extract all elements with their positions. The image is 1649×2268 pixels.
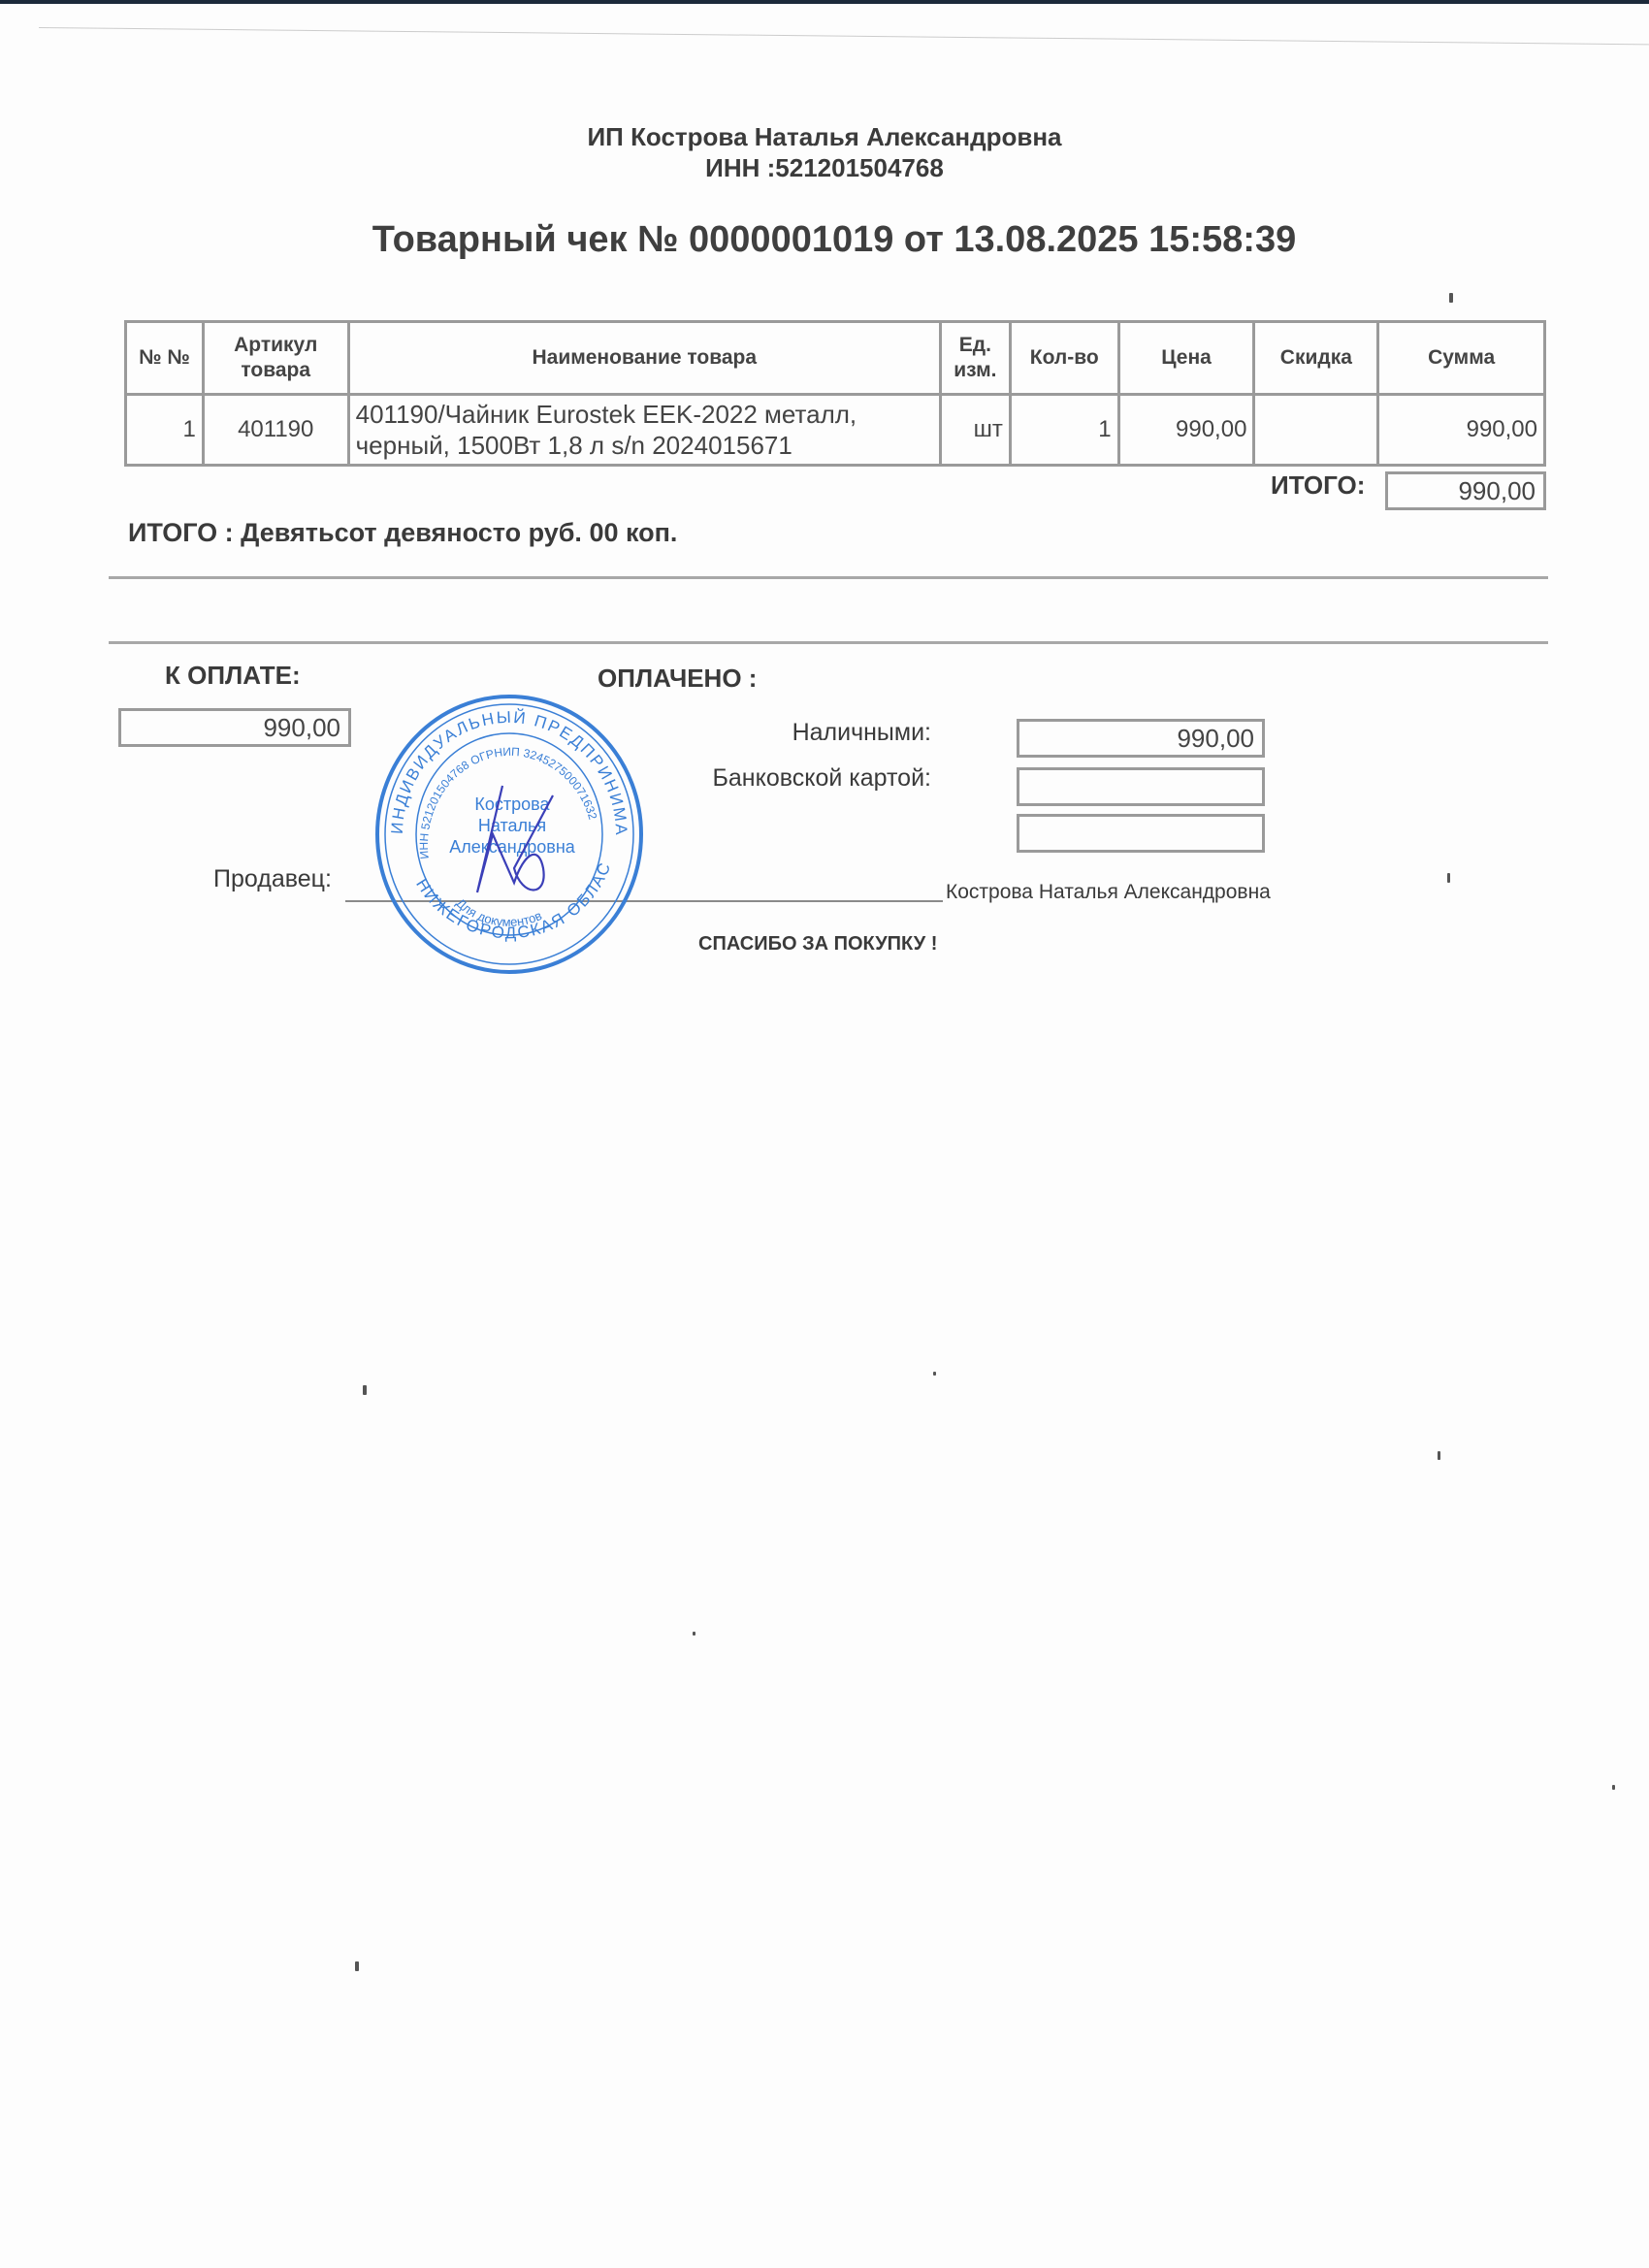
cell-discount <box>1254 395 1378 466</box>
col-header-sum: Сумма <box>1378 322 1545 395</box>
scan-speck <box>1449 293 1453 303</box>
scan-speck <box>1612 1785 1615 1790</box>
paper-edge <box>39 27 1649 45</box>
thanks-message: СПАСИБО ЗА ПОКУПКУ ! <box>698 933 937 956</box>
col-header-article: Артикул товара <box>203 322 348 395</box>
table-header-row: № № Артикул товара Наименование товара Е… <box>126 322 1545 395</box>
items-table: № № Артикул товара Наименование товара Е… <box>124 320 1546 467</box>
scan-speck <box>363 1385 367 1395</box>
col-header-discount: Скидка <box>1254 322 1378 395</box>
seal-stamp-icon: ИНДИВИДУАЛЬНЫЙ ПРЕДПРИНИМАТЕЛЬ НИЖЕГОРОД… <box>369 689 650 980</box>
cell-unit: шт <box>940 395 1010 466</box>
scan-speck <box>933 1372 936 1376</box>
table-row: 1 401190 401190/Чайник Eurostek EEK-2022… <box>126 395 1545 466</box>
divider-line <box>109 576 1548 579</box>
receipt-title: Товарный чек № 0000001019 от 13.08.2025 … <box>0 219 1649 261</box>
total-value: 990,00 <box>1385 471 1546 510</box>
scan-top-edge <box>0 0 1649 4</box>
cell-num: 1 <box>126 395 204 466</box>
seller-name: ИП Кострова Наталья Александровна <box>0 122 1649 152</box>
scan-speck <box>355 1961 359 1971</box>
total-label: ИТОГО: <box>1271 470 1365 501</box>
cell-sum: 990,00 <box>1378 395 1545 466</box>
seller-inn: ИНН :521201504768 <box>0 153 1649 183</box>
stamp-center-line1: Кострова <box>474 794 550 814</box>
divider-line <box>109 641 1548 644</box>
seller-label: Продавец: <box>213 865 332 893</box>
cell-article: 401190 <box>203 395 348 466</box>
extra-payment-value <box>1017 814 1265 853</box>
col-header-price: Цена <box>1118 322 1254 395</box>
cash-value: 990,00 <box>1017 719 1265 758</box>
col-header-qty: Кол-во <box>1010 322 1118 395</box>
total-in-words: ИТОГО : Девятьсот девяносто руб. 00 коп. <box>128 518 677 548</box>
cell-qty: 1 <box>1010 395 1118 466</box>
col-header-name: Наименование товара <box>348 322 940 395</box>
scan-speck <box>1447 873 1450 883</box>
to-pay-value: 990,00 <box>118 708 351 747</box>
signer-name: Кострова Наталья Александровна <box>946 881 1271 904</box>
cell-name: 401190/Чайник Eurostek EEK-2022 металл, … <box>348 395 940 466</box>
to-pay-label: К ОПЛАТЕ: <box>165 661 301 691</box>
col-header-unit: Ед. изм. <box>940 322 1010 395</box>
cell-price: 990,00 <box>1118 395 1254 466</box>
scan-speck <box>693 1632 695 1636</box>
stamp-center-line3: Александровна <box>449 837 576 857</box>
card-value <box>1017 767 1265 806</box>
scan-speck <box>1438 1451 1440 1460</box>
col-header-num: № № <box>126 322 204 395</box>
